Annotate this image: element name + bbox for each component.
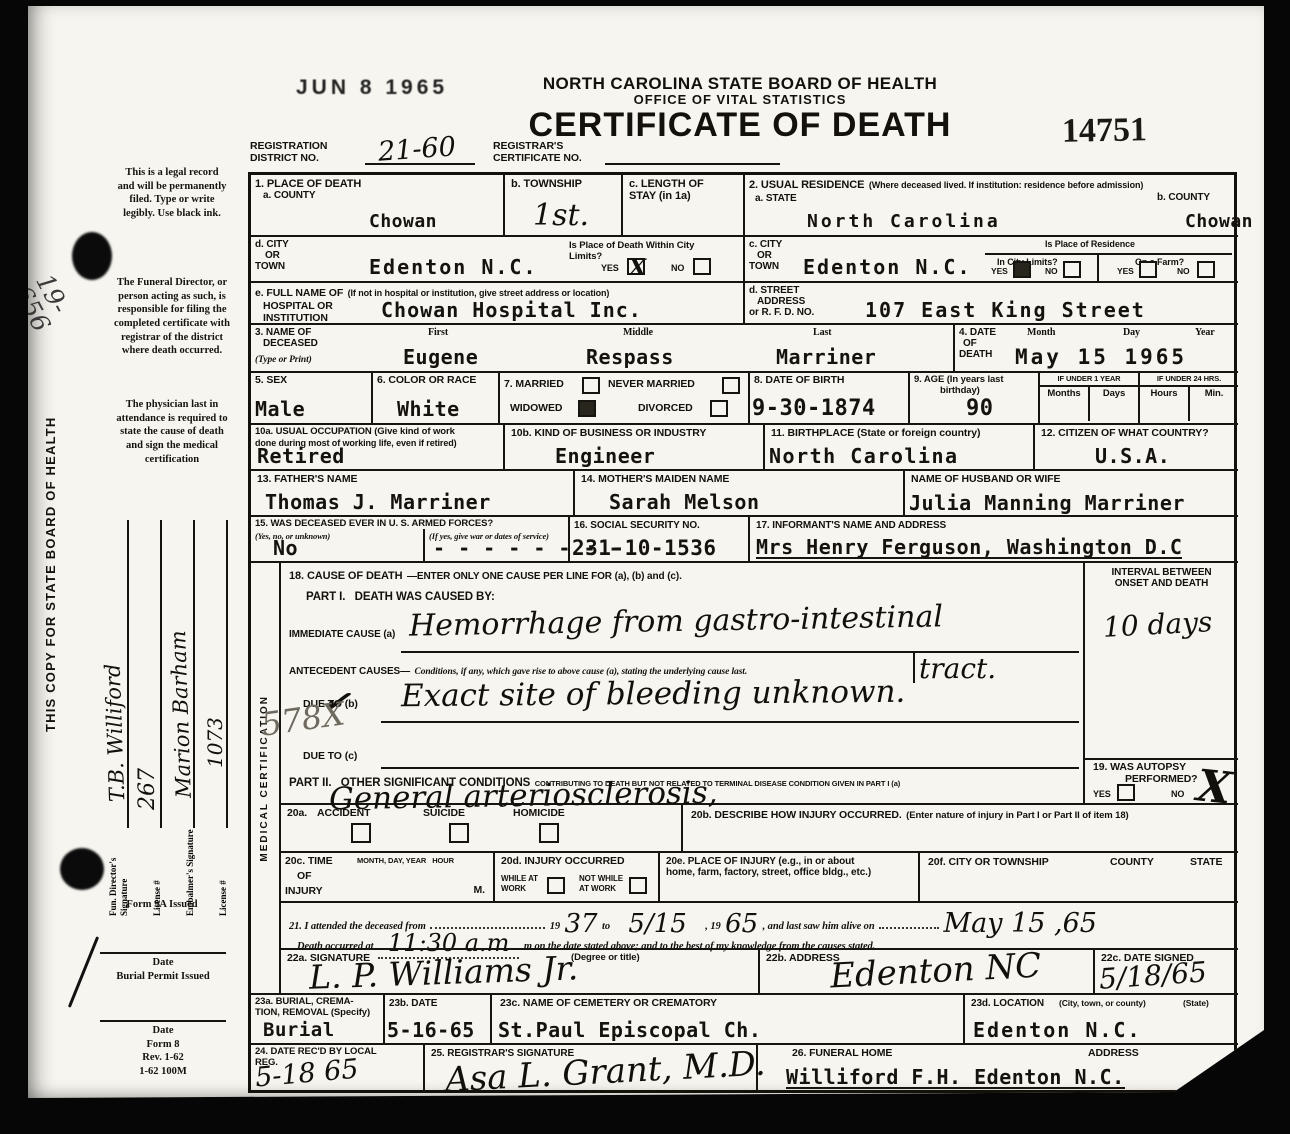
middle-name-header: Middle (623, 327, 653, 338)
farm-no-checkbox (1197, 261, 1215, 278)
usual-residence-title: 2. USUAL RESIDENCE (749, 179, 864, 191)
date-of-birth-value: 9-30-1874 (752, 398, 876, 420)
cause-of-death-title2: —ENTER ONLY ONE CAUSE PER LINE FOR (a), … (407, 571, 682, 582)
deceased-label-1: 3. NAME OF (255, 327, 368, 338)
describe-injury-note: (Enter nature of injury in Part I or Par… (906, 810, 1128, 821)
date-received-value: 5-18 65 (254, 1056, 360, 1092)
age-value: 90 (966, 398, 994, 420)
ink-blot-top (72, 232, 112, 280)
married-label: 7. MARRIED (504, 379, 564, 391)
farm-yes-label: YES (1117, 267, 1134, 277)
burial-type-value: Burial (263, 1021, 335, 1040)
injury-county-label: COUNTY (1110, 857, 1154, 869)
immediate-cause-label: IMMEDIATE CAUSE (a) (289, 629, 395, 640)
sidebar-note-legal: This is a legal record and will be perma… (116, 166, 228, 221)
township-value: 1st. (533, 201, 589, 231)
burial-permit-date-line (100, 952, 226, 954)
describe-injury-label: 20b. DESCRIBE HOW INJURY OCCURRED. (691, 810, 902, 822)
burial-permit-date-label: Date (100, 956, 226, 970)
divorced-label: DIVORCED (638, 403, 693, 415)
days-column: Days (1088, 387, 1138, 421)
code-578x: 578X (259, 697, 346, 740)
embalmer-license-label: License # (218, 828, 228, 916)
part2-value: General arteriosclerosis, (329, 778, 718, 816)
street-address-value: 107 East King Street (865, 300, 1146, 320)
blank-line-from (430, 915, 545, 929)
burial-location-note2: (State) (1183, 999, 1209, 1009)
sidebar-handwritten-code: 19- 656 3 (0, 270, 76, 347)
embalmer-license-row: License # 1073 (195, 520, 228, 916)
ssn-cell: 16. SOCIAL SECURITY NO. 231-10-1536 (568, 515, 748, 561)
first-name-value: Eugene (403, 347, 478, 367)
immediate-cause-value: Hemorrhage from gastro-intestinal (409, 602, 943, 641)
cemetery-cell: 23c. NAME OF CEMETERY OR CREMATORY St.Pa… (490, 993, 963, 1043)
embalmer-signature-value: Marion Barham (168, 630, 195, 798)
residence-q-underline (985, 253, 1232, 255)
mother-name-value: Sarah Melson (609, 492, 760, 512)
funeral-home-address-label: ADDRESS (1088, 1048, 1139, 1060)
in-city-yes-label: YES (991, 267, 1008, 277)
physician-signature-value: L. P. Williams Jr. (309, 951, 579, 993)
day-header: Day (1123, 327, 1140, 338)
cemetery-label: 23c. NAME OF CEMETERY OR CREMATORY (500, 998, 963, 1010)
interval-value: 10 days (1102, 608, 1213, 642)
sex-label: 5. SEX (255, 375, 371, 387)
place-of-death-title: 1. PLACE OF DEATH (255, 178, 503, 190)
ink-blot-bottom (60, 848, 104, 890)
funeral-home-label: 26. FUNERAL HOME (792, 1048, 892, 1060)
registration-label-line1: REGISTRATION (250, 141, 327, 153)
board-title: NORTH CAROLINA STATE BOARD OF HEALTH (450, 74, 1030, 93)
occupation-label-1: 10a. USUAL OCCUPATION (Give kind of work (255, 427, 503, 438)
name-of-deceased-label-cell: 3. NAME OF DECEASED (Type or Print) (251, 323, 368, 371)
physician-address-cell: 22b. ADDRESS Edenton NC (758, 948, 1093, 993)
due-to-c-line (381, 767, 1079, 769)
accident-cell-number: 20a. (287, 808, 307, 820)
date-received-stamp: JUN 8 1965 (296, 76, 448, 100)
length-of-stay-label1: c. LENGTH OF (629, 178, 743, 190)
last-name-value: Marriner (776, 347, 876, 367)
funeral-director-signature-row: Fun. Director's Signature T.B. Williford (96, 520, 129, 916)
place-of-injury-label-2: home, farm, factory, street, office bldg… (666, 867, 918, 878)
informant-value: Mrs Henry Ferguson, Washington D.C (756, 537, 1182, 559)
suicide-checkbox (449, 823, 469, 843)
farm-yes-checkbox (1139, 261, 1157, 278)
degree-or-title-label: (Degree or title) (571, 953, 640, 964)
embalmer-signature-row: Embalmer's Signature Marion Barham (162, 520, 195, 916)
registration-district-label: REGISTRATION DISTRICT NO. (250, 141, 327, 165)
registrar-label-line1: REGISTRAR'S (493, 141, 582, 153)
embalmer-license-value: 1073 (205, 717, 225, 768)
occupation-value: Retired (257, 446, 345, 466)
sex-cell: 5. SEX Male (251, 371, 371, 423)
father-name-cell: 13. FATHER'S NAME Thomas J. Marriner (251, 469, 573, 515)
registrar-signature-cell: 25. REGISTRAR'S SIGNATURE Asa L. Grant, … (423, 1043, 756, 1093)
industry-label: 10b. KIND OF BUSINESS OR INDUSTRY (511, 428, 763, 440)
length-of-stay-label2: STAY (in 1a) (629, 190, 743, 202)
residence-state-value: North Carolina (807, 213, 1001, 231)
date-of-birth-cell: 8. DATE OF BIRTH 9-30-1874 (748, 371, 908, 423)
citizenship-label: 12. CITIZEN OF WHAT COUNTRY? (1041, 428, 1238, 440)
under-1-year-cell: IF UNDER 1 YEAR Months Days (1038, 371, 1138, 423)
cause-of-death-title: 18. CAUSE OF DEATH (289, 570, 403, 582)
hospital-value: Chowan Hospital Inc. (381, 300, 642, 320)
race-cell: 6. COLOR OR RACE White (371, 371, 498, 423)
street-label-1: d. STREET (749, 285, 1238, 296)
injury-occurred-label: 20d. INJURY OCCURRED (501, 856, 658, 868)
in-city-yes-checkbox (1013, 261, 1031, 278)
autopsy-no-mark: X (1195, 764, 1234, 811)
attendance-statement-cell: 21. I attended the deceased from 19 37 t… (281, 901, 1238, 948)
month-header: Month (1027, 327, 1055, 338)
spouse-name-label: NAME OF HUSBAND OR WIFE (911, 474, 1238, 486)
injury-city-cell: 20f. CITY OR TOWNSHIP COUNTY STATE (918, 851, 1238, 901)
autopsy-yes-label: YES (1093, 789, 1111, 799)
antecedent-value: tract. (913, 651, 1002, 683)
physician-address-value: Edenton NC (829, 948, 1042, 993)
date-signed-cell: 22c. DATE SIGNED 5/18/65 (1093, 948, 1238, 993)
citizenship-cell: 12. CITIZEN OF WHAT COUNTRY? U.S.A. (1033, 423, 1238, 469)
armed-forces-value: No (273, 538, 298, 558)
date-of-birth-label: 8. DATE OF BIRTH (754, 375, 908, 387)
sidebar-note-physician: The physician last in attendance is requ… (112, 398, 232, 466)
age-label-2: birthday) (940, 386, 1038, 397)
burial-permit-block: Date Burial Permit Issued (100, 952, 226, 983)
interval-label-2: ONSET AND DEATH (1085, 578, 1238, 589)
registrar-certificate-label: REGISTRAR'S CERTIFICATE NO. (493, 141, 582, 165)
armed-forces-cell: 15. WAS DECEASED EVER IN U. S. ARMED FOR… (251, 515, 568, 561)
ssn-label: 16. SOCIAL SECURITY NO. (574, 520, 748, 531)
form8-date-line (100, 1020, 226, 1022)
form8-print-run: 1-62 100M (100, 1065, 226, 1079)
page-title: CERTIFICATE OF DEATH (430, 106, 1050, 144)
in-city-no-label: NO (1045, 267, 1058, 277)
county-label: a. COUNTY (263, 190, 503, 201)
death-limits-yes-label: YES (601, 263, 619, 273)
under-24-hrs-cell: IF UNDER 24 HRS. Hours Min. (1138, 371, 1238, 423)
homicide-checkbox (539, 823, 559, 843)
widowed-checkbox (578, 400, 596, 417)
spouse-name-cell: NAME OF HUSBAND OR WIFE Julia Manning Ma… (903, 469, 1238, 515)
burial-date-value: 5-16-65 (387, 1020, 475, 1040)
burial-type-cell: 23a. BURIAL, CREMA- TION, REMOVAL (Speci… (251, 993, 383, 1043)
under-24-hrs-header: IF UNDER 24 HRS. (1140, 373, 1238, 387)
death-limits-yes-mark: X (629, 257, 646, 279)
burial-location-cell: 23d. LOCATION (City, town, or county) (S… (963, 993, 1238, 1043)
hospital-note: (If not in hospital or institution, give… (348, 288, 610, 298)
hospital-cell: e. FULL NAME OF (If not in hospital or i… (251, 281, 743, 323)
industry-cell: 10b. KIND OF BUSINESS OR INDUSTRY Engine… (503, 423, 763, 469)
due-to-b-value: Exact site of bleeding unknown. (401, 677, 906, 712)
funeral-director-license-value: 267 (137, 768, 159, 810)
code-line-3: 3 (0, 306, 32, 348)
time-of-injury-label: 20c. TIME (285, 856, 333, 868)
registrar-label-line2: CERTIFICATE NO. (493, 153, 582, 165)
armed-forces-divider (423, 529, 425, 563)
death-limits-no-label: NO (671, 263, 684, 273)
injury-occurred-cell: 20d. INJURY OCCURRED WHILE AT WORK NOT W… (493, 851, 658, 901)
industry-value: Engineer (555, 446, 655, 466)
street-address-cell: d. STREET ADDRESS or R. F. D. NO. 107 Ea… (743, 281, 1238, 323)
residence-city-cell: c. CITY OR TOWN Edenton N.C. Is Place of… (743, 235, 1238, 281)
burial-date-cell: 23b. DATE 5-16-65 (383, 993, 490, 1043)
deceased-label-2: DECEASED (263, 338, 368, 349)
first-name-header: First (428, 327, 448, 338)
time-of-injury-m: M. (474, 885, 485, 897)
time-of-injury-injury: INJURY (285, 886, 323, 898)
blank-line-last-saw (879, 915, 939, 929)
part1-heading: PART I. DEATH WAS CAUSED BY: (306, 591, 495, 604)
burial-location-note1: (City, town, or county) (1059, 999, 1146, 1009)
sidebar-signature-block: Fun. Director's Signature T.B. Williford… (96, 520, 232, 916)
usual-residence-cell: 2. USUAL RESIDENCE (Where deceased lived… (743, 175, 1238, 235)
farm-no-label: NO (1177, 267, 1190, 277)
birthplace-value: North Carolina (769, 446, 959, 466)
informant-label: 17. INFORMANT'S NAME AND ADDRESS (756, 520, 1238, 531)
last-saw-date: May 15 ,65 (943, 908, 1096, 939)
city-of-death-cell: d. CITY OR TOWN Edenton N.C. Is Place of… (251, 235, 743, 281)
funeral-director-signature-line: T.B. Williford (94, 520, 129, 828)
injury-state-label: STATE (1190, 857, 1222, 869)
residence-city-value: Edenton N.C. (803, 257, 972, 277)
usual-residence-note: (Where deceased lived. If institution: r… (869, 180, 1143, 190)
date-of-death-cell: 4. DATE OF DEATH Month Day Year May 15 1… (953, 323, 1238, 371)
interval-label-1: INTERVAL BETWEEN (1085, 567, 1238, 578)
while-at-work-checkbox (547, 877, 565, 894)
time-of-injury-sub: MONTH, DAY, YEAR HOUR (357, 857, 454, 865)
divorced-checkbox (710, 400, 728, 417)
place-of-death-county-cell: 1. PLACE OF DEATH a. COUNTY Chowan (251, 175, 503, 235)
certificate-no-line (605, 163, 780, 165)
handwritten-slash (68, 936, 99, 1008)
form8-revision: Rev. 1-62 (100, 1051, 226, 1065)
funeral-director-license-row: License # 267 (129, 520, 162, 916)
residence-county-label: b. COUNTY (1157, 192, 1210, 203)
not-while-label1: NOT WHILE (579, 875, 623, 884)
form-9a-label: Form 9A Issued (106, 898, 218, 912)
physician-signature-cell: 22a. SIGNATURE (Degree or title) L. P. W… (281, 948, 758, 993)
sidebar-note-funeral-director: The Funeral Director, or person acting a… (112, 276, 232, 358)
in-city-no-checkbox (1063, 261, 1081, 278)
mother-name-cell: 14. MOTHER'S MAIDEN NAME Sarah Melson (573, 469, 903, 515)
medical-certification-strip: MEDICAL CERTIFICATION (251, 561, 281, 993)
burial-location-label: 23d. LOCATION (971, 998, 1044, 1009)
autopsy-no-label: NO (1171, 789, 1184, 799)
age-cell: 9. AGE (In years last birthday) 90 (908, 371, 1038, 423)
not-while-label2: AT WORK (579, 885, 616, 894)
birthplace-label: 11. BIRTHPLACE (State or foreign country… (771, 428, 1033, 440)
city-of-death-value: Edenton N.C. (369, 257, 538, 277)
residence-county-value: Chowan (1185, 213, 1253, 231)
date-received-cell: 24. DATE REC'D BY LOCAL REG. 5-18 65 (251, 1043, 423, 1093)
informant-cell: 17. INFORMANT'S NAME AND ADDRESS Mrs Hen… (748, 515, 1238, 561)
township-cell: b. TOWNSHIP 1st. (503, 175, 621, 235)
due-to-b-line (381, 721, 1079, 723)
last-name-header: Last (813, 327, 832, 338)
form-8-block: Date Form 8 Rev. 1-62 1-62 100M (100, 1020, 226, 1079)
hours-column: Hours (1140, 387, 1188, 421)
residence-divider (1097, 255, 1099, 281)
spouse-name-value: Julia Manning Marriner (909, 493, 1185, 513)
not-while-checkbox (629, 877, 647, 894)
married-checkbox (582, 377, 600, 394)
place-of-injury-cell: 20e. PLACE OF INJURY (e.g., in or about … (658, 851, 918, 901)
min-column: Min. (1188, 387, 1238, 421)
death-certificate-form: 1. PLACE OF DEATH a. COUNTY Chowan b. TO… (248, 172, 1237, 1093)
length-of-stay-cell: c. LENGTH OF STAY (in 1a) (621, 175, 743, 235)
citizenship-value: U.S.A. (1095, 446, 1170, 466)
embalmer-signature-line: Marion Barham (160, 520, 195, 828)
place-of-injury-label-1: 20e. PLACE OF INJURY (e.g., in or about (666, 856, 918, 867)
occupation-cell: 10a. USUAL OCCUPATION (Give kind of work… (251, 423, 503, 469)
months-column: Months (1040, 387, 1088, 421)
father-name-label: 13. FATHER'S NAME (257, 474, 573, 486)
race-value: White (397, 399, 460, 419)
burial-label-2: TION, REMOVAL (Specify) (255, 1008, 383, 1019)
deceased-label-3: (Type or Print) (255, 355, 368, 366)
antecedent-label: ANTECEDENT CAUSES— (289, 666, 410, 677)
funeral-director-signature-value: T.B. Williford (103, 663, 129, 802)
registration-district-value: 21-60 (377, 133, 457, 165)
autopsy-yes-checkbox (1117, 784, 1135, 801)
burial-date-label: 23b. DATE (389, 998, 490, 1009)
never-married-checkbox (722, 377, 740, 394)
injury-city-label: 20f. CITY OR TOWNSHIP (928, 857, 1049, 869)
burial-location-value: Edenton N.C. (973, 1020, 1142, 1040)
sex-value: Male (255, 399, 305, 419)
embalmer-license-line: 1073 (193, 520, 228, 828)
res-city-label-1: c. CITY (749, 239, 1238, 250)
certificate-page: JUN 8 1965 NORTH CAROLINA STATE BOARD OF… (28, 6, 1264, 1098)
township-label: b. TOWNSHIP (511, 178, 621, 190)
residence-place-question: Is Place of Residence (1045, 239, 1135, 249)
death-limits-no-checkbox (693, 258, 711, 275)
ssn-value: 231-10-1536 (572, 538, 717, 559)
mother-name-label: 14. MOTHER'S MAIDEN NAME (581, 474, 903, 486)
funeral-home-value: Williford F.H. Edenton N.C. (786, 1067, 1125, 1089)
county-value: Chowan (369, 213, 437, 231)
birthplace-cell: 11. BIRTHPLACE (State or foreign country… (763, 423, 1033, 469)
form8-date-label: Date (100, 1024, 226, 1038)
burial-permit-issued-label: Burial Permit Issued (100, 970, 226, 984)
father-name-value: Thomas J. Marriner (265, 492, 491, 512)
hospital-label-1: e. FULL NAME OF (255, 288, 343, 300)
time-of-injury-of: OF (297, 871, 311, 883)
middle-name-value: Respass (586, 347, 674, 367)
interval-cell: INTERVAL BETWEEN ONSET AND DEATH 10 days (1083, 561, 1238, 758)
while-at-work-label1: WHILE AT (501, 875, 538, 884)
describe-injury-cell: 20b. DESCRIBE HOW INJURY OCCURRED. (Ente… (681, 803, 1238, 851)
under-1-year-header: IF UNDER 1 YEAR (1040, 373, 1138, 387)
year-header: Year (1195, 327, 1215, 338)
while-at-work-label2: WORK (501, 885, 526, 894)
funeral-director-license-line: 267 (127, 520, 162, 828)
race-label: 6. COLOR OR RACE (377, 375, 498, 387)
accident-checkbox (351, 823, 371, 843)
widowed-label: WIDOWED (510, 403, 562, 415)
deceased-name-cell: First Middle Last Eugene Respass Marrine… (368, 323, 953, 371)
due-to-c-label: DUE TO (c) (303, 751, 357, 763)
cause-of-death-block: 18. CAUSE OF DEATH —ENTER ONLY ONE CAUSE… (281, 561, 1083, 803)
date-signed-value: 5/18/65 (1098, 958, 1208, 993)
funeral-home-cell: 26. FUNERAL HOME ADDRESS Williford F.H. … (756, 1043, 1238, 1093)
registration-label-line2: DISTRICT NO. (250, 153, 327, 165)
copy-designation-vertical: THIS COPY FOR STATE BOARD OF HEALTH (44, 416, 68, 732)
never-married-label: NEVER MARRIED (608, 379, 695, 391)
autopsy-cell: 19. WAS AUTOPSY PERFORMED? YES NO X (1083, 758, 1238, 803)
date-of-death-value: May 15 1965 (1015, 347, 1187, 368)
form8-label: Form 8 (100, 1038, 226, 1052)
district-no-line (365, 163, 475, 165)
marital-status-cell: 7. MARRIED NEVER MARRIED WIDOWED DIVORCE… (498, 371, 748, 423)
armed-forces-label: 15. WAS DECEASED EVER IN U. S. ARMED FOR… (255, 519, 568, 530)
certificate-number: 14751 (1062, 111, 1148, 150)
time-of-injury-cell: 20c. TIME MONTH, DAY, YEAR HOUR OF INJUR… (281, 851, 493, 901)
cemetery-value: St.Paul Episcopal Ch. (498, 1020, 761, 1040)
